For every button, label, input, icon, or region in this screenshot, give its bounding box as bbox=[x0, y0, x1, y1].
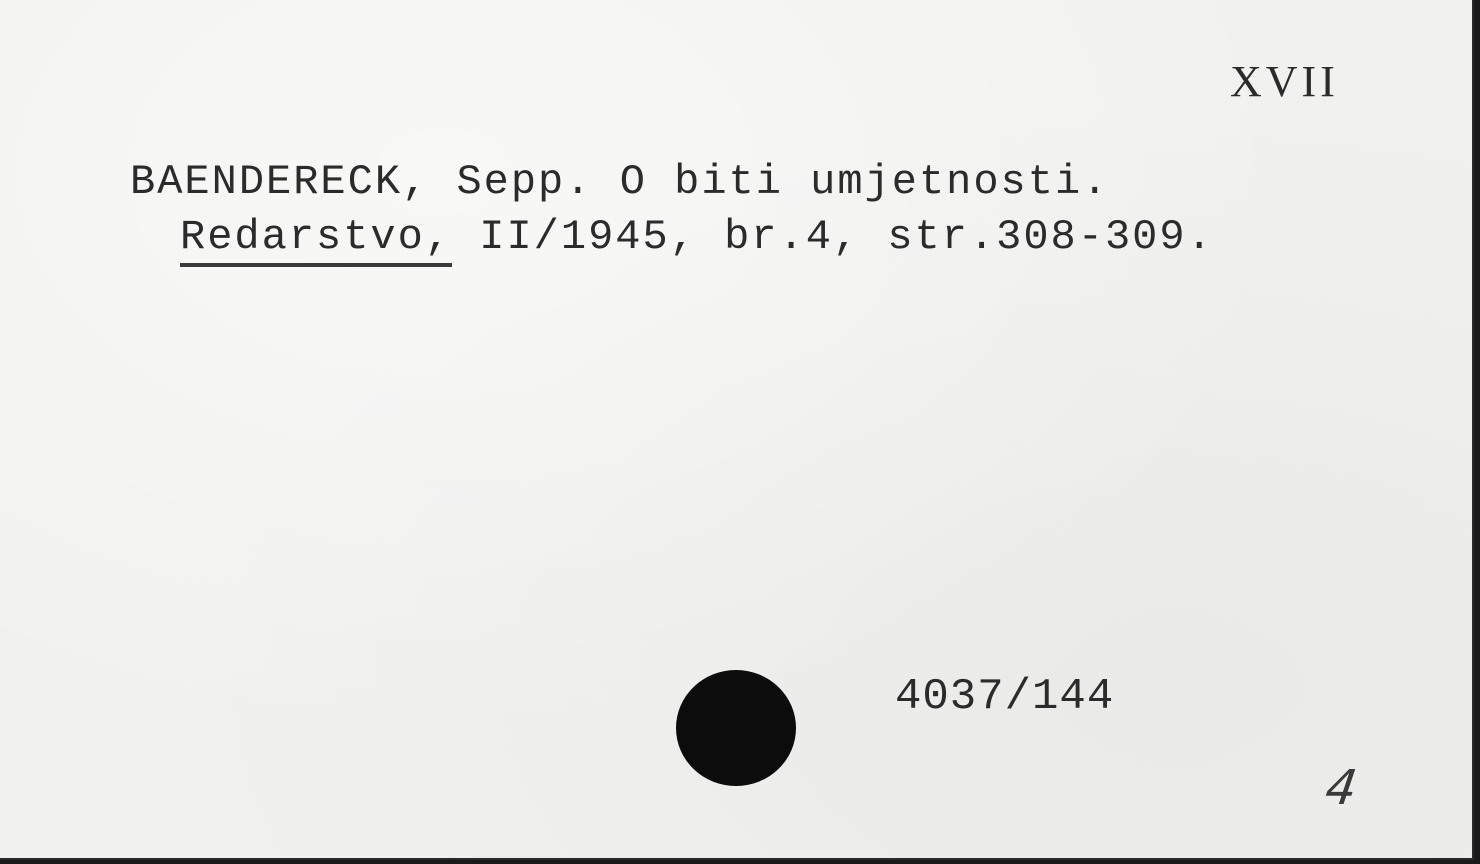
title: O biti umjetnosti. bbox=[620, 158, 1110, 206]
catalog-card: XVII BAENDERECK, Sepp. O biti umjetnosti… bbox=[0, 0, 1474, 860]
citation: II/1945, br.4, str.308-309. bbox=[479, 213, 1214, 261]
entry-line-1: BAENDERECK, Sepp. O biti umjetnosti. bbox=[130, 158, 1109, 206]
entry-line-2: Redarstvo, II/1945, br.4, str.308-309. bbox=[180, 213, 1214, 261]
handwritten-mark: 4 bbox=[1322, 760, 1360, 816]
call-number: 4037/144 bbox=[895, 672, 1114, 722]
author: BAENDERECK, Sepp. bbox=[130, 158, 592, 206]
section-number: XVII bbox=[1230, 56, 1339, 107]
punch-hole-icon bbox=[676, 670, 796, 786]
journal-name: Redarstvo, bbox=[180, 213, 452, 267]
